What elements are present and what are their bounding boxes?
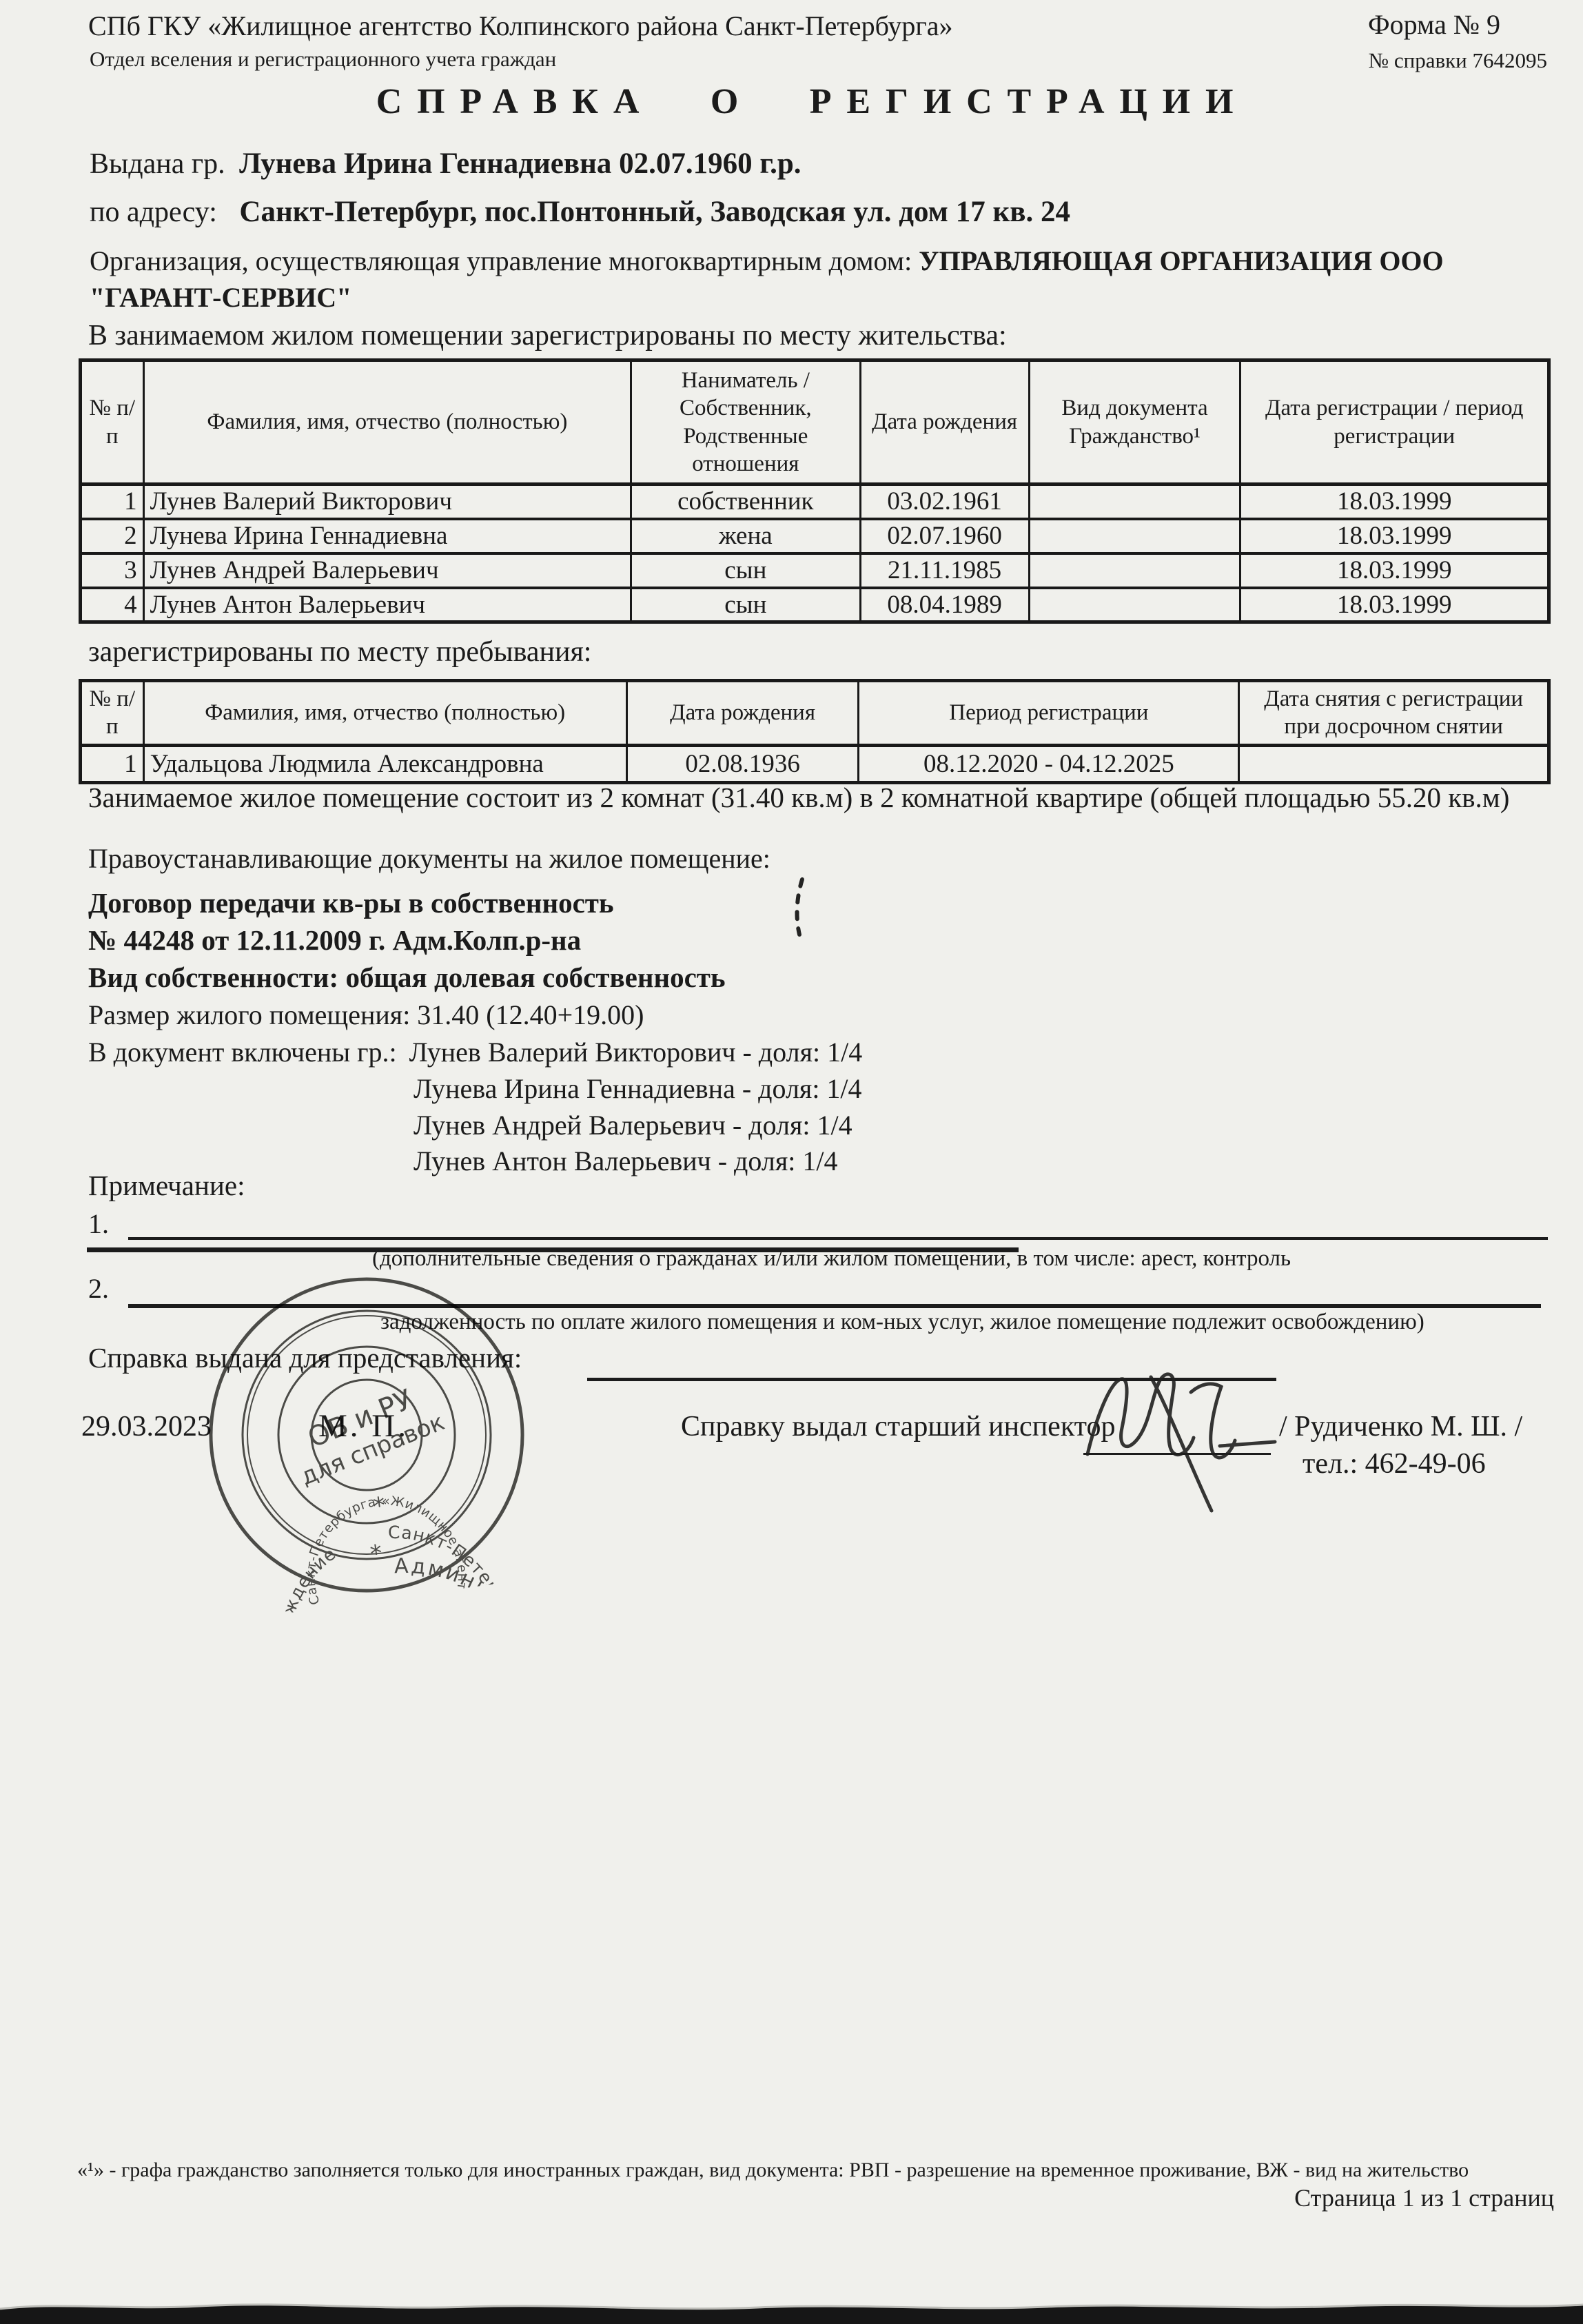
managing-organization-line: Организация, осуществляющая управление м… xyxy=(90,243,1464,316)
stamp-circle xyxy=(232,1301,502,1570)
ownership-doc-title: Договор передачи кв-ры в собственность xyxy=(88,886,614,919)
row-num: 4 xyxy=(81,588,144,622)
issue-date: 29.03.2023 xyxy=(81,1410,212,1443)
share-entry: Лунева Ирина Геннадиевна - доля: 1/4 xyxy=(413,1072,862,1105)
residence-table: № п/п Фамилия, имя, отчество (полностью)… xyxy=(79,358,1551,624)
share-entry: Лунев Антон Валерьевич - доля: 1/4 xyxy=(413,1145,837,1177)
table-row: 3 Лунев Андрей Валерьевич сын 21.11.1985… xyxy=(81,553,1549,588)
row-birth: 21.11.1985 xyxy=(860,553,1029,588)
row-doc xyxy=(1029,519,1240,553)
address-line: по адресу: Санкт-Петербург, пос.Понтонны… xyxy=(90,195,1070,229)
col-header-period: Период регистрации xyxy=(859,681,1239,746)
issuer-phone: тел.: 462-49-06 xyxy=(1303,1447,1486,1480)
address-prefix: по адресу: xyxy=(90,196,217,228)
row-birth: 08.04.1989 xyxy=(860,588,1029,622)
row-num: 1 xyxy=(81,485,144,519)
stay-table: № п/п Фамилия, имя, отчество (полностью)… xyxy=(79,679,1551,784)
ownership-type: Вид собственности: общая долевая собстве… xyxy=(88,961,726,994)
notes-heading: Примечание: xyxy=(88,1169,245,1202)
form-number: Форма № 9 xyxy=(1368,8,1500,41)
share-entry: Лунев Андрей Валерьевич - доля: 1/4 xyxy=(413,1109,852,1141)
table-row: 4 Лунев Антон Валерьевич сын 08.04.1989 … xyxy=(81,588,1549,622)
row-name: Лунев Антон Валерьевич xyxy=(143,588,631,622)
document-title: СПРАВКА О РЕГИСТРАЦИИ xyxy=(21,81,1583,122)
row-relation: жена xyxy=(631,519,860,553)
col-header-relation: Наниматель / Собственник, Родственные от… xyxy=(631,360,860,485)
stamp-ring-outer-text: Администрация Колпинского района Санкт-П… xyxy=(226,1533,553,1622)
premises-description: Занимаемое жилое помещение состоит из 2 … xyxy=(88,781,1509,814)
stray-pen-mark xyxy=(777,874,819,943)
ownership-heading: Правоустанавливающие документы на жилое … xyxy=(88,842,770,875)
row-doc xyxy=(1029,588,1240,622)
row-reg: 18.03.1999 xyxy=(1240,553,1549,588)
page-count-label: Страница 1 из 1 страниц xyxy=(1294,2183,1554,2212)
row-name: Лунев Валерий Викторович xyxy=(143,485,631,519)
managing-org-prefix: Организация, осуществляющая управление м… xyxy=(90,245,912,276)
col-header-num: № п/п xyxy=(81,360,144,485)
row-reg: 18.03.1999 xyxy=(1240,519,1549,553)
row-name: Лунев Андрей Валерьевич xyxy=(143,553,631,588)
certificate-number: № справки 7642095 xyxy=(1369,48,1547,73)
residence-table-header-row: № п/п Фамилия, имя, отчество (полностью)… xyxy=(81,360,1549,485)
note-item-2: 2. xyxy=(88,1272,109,1305)
row-doc xyxy=(1029,485,1240,519)
col-header-removal: Дата снятия с регистрации при досрочном … xyxy=(1239,681,1549,746)
col-header-reg: Дата регистрации / период регистрации xyxy=(1240,360,1549,485)
residence-table-heading: В занимаемом жилом помещении зарегистрир… xyxy=(88,319,1007,352)
row-doc xyxy=(1029,553,1240,588)
row-removal xyxy=(1239,745,1549,782)
row-relation: сын xyxy=(631,588,860,622)
ownership-doc-number: № 44248 от 12.11.2009 г. Адм.Колп.р-на xyxy=(88,924,581,957)
issued-person: Лунева Ирина Геннадиевна 02.07.1960 г.р. xyxy=(239,147,801,180)
citizenship-footnote: «¹» - графа гражданство заполняется толь… xyxy=(77,2159,1469,2182)
row-num: 2 xyxy=(81,519,144,553)
issued-to-line: Выдана гр. Лунева Ирина Геннадиевна 02.0… xyxy=(90,147,801,181)
stay-table-header-row: № п/п Фамилия, имя, отчество (полностью)… xyxy=(81,681,1549,746)
note-1-underline xyxy=(128,1237,1548,1240)
row-name: Лунева Ирина Геннадиевна xyxy=(143,519,631,553)
scanned-certificate-page: СПб ГКУ «Жилищное агентство Колпинского … xyxy=(0,0,1583,2324)
row-relation: собственник xyxy=(631,485,860,519)
round-stamp: Администрация Колпинского района Санкт-П… xyxy=(180,1248,553,1622)
row-birth: 02.08.1936 xyxy=(626,745,859,782)
included-prefix: В документ включены гр.: xyxy=(88,1037,397,1068)
row-relation: сын xyxy=(631,553,860,588)
table-row: 1 Удальцова Людмила Александровна 02.08.… xyxy=(81,745,1549,782)
included-persons-line: В документ включены гр.: Лунев Валерий В… xyxy=(88,1036,862,1068)
row-birth: 02.07.1960 xyxy=(860,519,1029,553)
stay-table-heading: зарегистрированы по месту пребывания: xyxy=(88,635,591,669)
row-num: 3 xyxy=(81,553,144,588)
address-value: Санкт-Петербург, пос.Понтонный, Заводска… xyxy=(239,196,1070,228)
issuing-department: Отдел вселения и регистрационного учета … xyxy=(90,47,556,72)
col-header-name: Фамилия, имя, отчество (полностью) xyxy=(143,681,626,746)
row-reg: 18.03.1999 xyxy=(1240,485,1549,519)
col-header-birth: Дата рождения xyxy=(626,681,859,746)
issuing-organization: СПб ГКУ «Жилищное агентство Колпинского … xyxy=(88,10,953,42)
row-reg: 18.03.1999 xyxy=(1240,588,1549,622)
stamp-circle xyxy=(227,1295,507,1576)
note-item-1: 1. xyxy=(88,1207,109,1240)
col-header-num: № п/п xyxy=(81,681,144,746)
col-header-name: Фамилия, имя, отчество (полностью) xyxy=(143,360,631,485)
col-header-doc: Вид документа Гражданство¹ xyxy=(1029,360,1240,485)
table-row: 2 Лунева Ирина Геннадиевна жена 02.07.19… xyxy=(81,519,1549,553)
row-birth: 03.02.1961 xyxy=(860,485,1029,519)
table-row: 1 Лунев Валерий Викторович собственник 0… xyxy=(81,485,1549,519)
note-2-caption: задолженность по оплате жилого помещения… xyxy=(380,1309,1424,1335)
issued-prefix: Выдана гр. xyxy=(90,148,225,180)
stamp-star: * xyxy=(369,1540,384,1569)
share-entry: Лунев Валерий Викторович - доля: 1/4 xyxy=(409,1037,863,1068)
col-header-birth: Дата рождения xyxy=(860,360,1029,485)
premises-size: Размер жилого помещения: 31.40 (12.40+19… xyxy=(88,999,644,1031)
row-name: Удальцова Людмила Александровна xyxy=(143,745,626,782)
scanner-edge xyxy=(0,2290,1583,2324)
row-period: 08.12.2020 - 04.12.2025 xyxy=(859,745,1239,782)
inspector-signature xyxy=(1048,1344,1323,1523)
row-num: 1 xyxy=(81,745,144,782)
